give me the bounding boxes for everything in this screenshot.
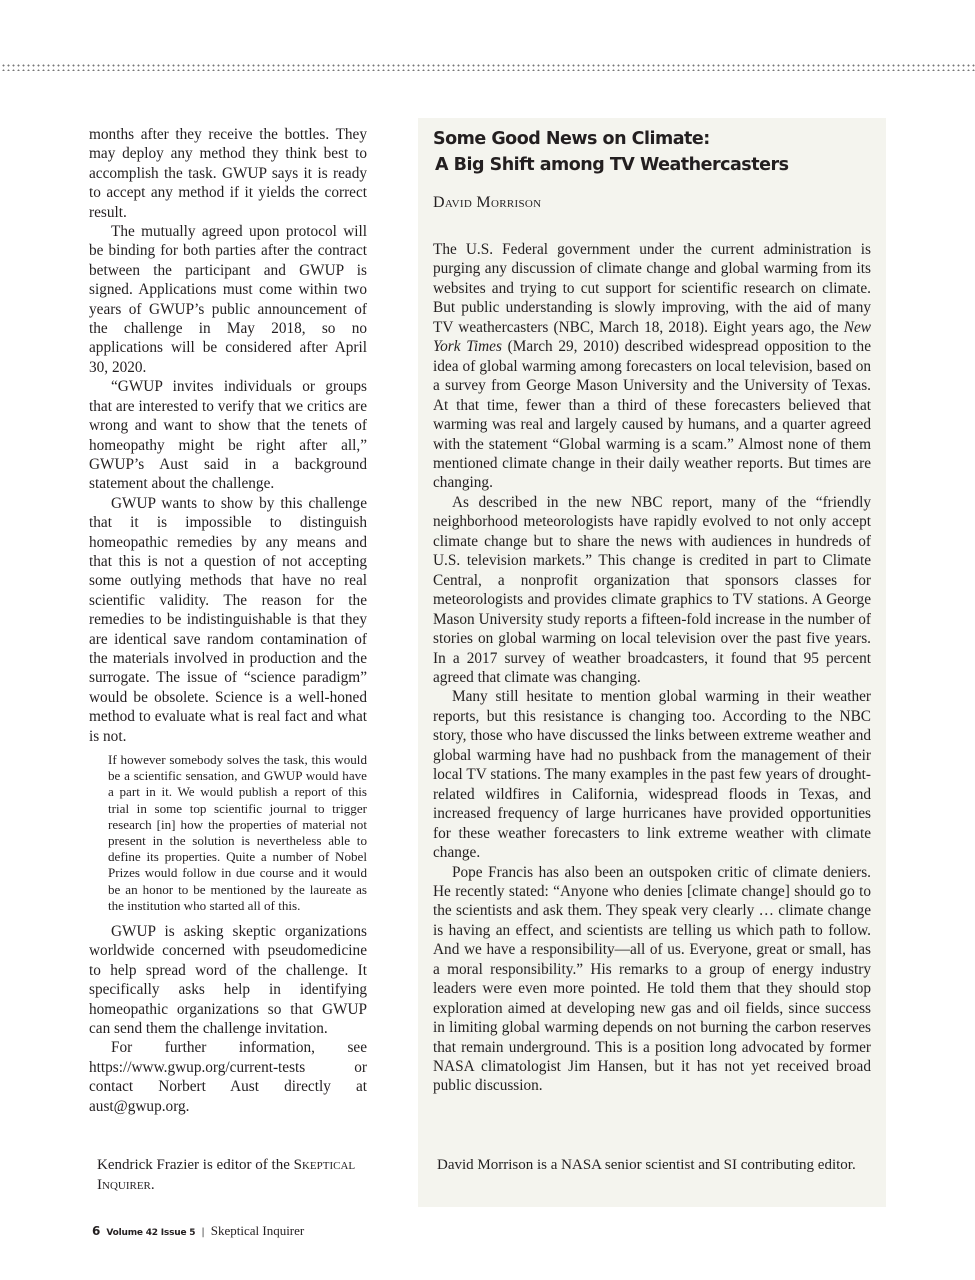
page-footer: 6 Volume 42 Issue 5 | Skeptical Inquirer [92, 1223, 304, 1241]
paragraph: Many still hesitate to mention global wa… [433, 687, 871, 862]
title-line-2: A Big Shift among TV Weathercasters [433, 152, 873, 178]
paragraph: The mutually agreed upon protocol will b… [89, 222, 367, 377]
author-bio-frazier: Kendrick Frazier is editor of the Skepti… [97, 1156, 387, 1195]
sidebar-box-climate: Some Good News on Climate: A Big Shift a… [418, 118, 886, 1207]
text-run: The U.S. Federal government under the cu… [433, 241, 871, 336]
bio-suffix: . [151, 1177, 155, 1193]
sidebar-title: Some Good News on Climate: A Big Shift a… [433, 126, 873, 178]
volume-issue: Volume 42 Issue 5 [106, 1225, 195, 1241]
left-column-article: months after they receive the bottles. T… [89, 125, 367, 1116]
title-line-1: Some Good News on Climate: [433, 129, 710, 149]
dotted-header-rule [0, 63, 975, 71]
paragraph: The U.S. Federal government under the cu… [433, 240, 871, 493]
block-quote: If however somebody solves the task, thi… [108, 752, 367, 914]
sidebar-body: The U.S. Federal government under the cu… [433, 240, 871, 1096]
paragraph: GWUP is asking skeptic organizations wor… [89, 922, 367, 1038]
page-number: 6 [92, 1223, 100, 1239]
magazine-title: Skeptical Inquirer [211, 1223, 305, 1239]
bio-text: Kendrick Frazier is editor of the [97, 1157, 294, 1173]
byline: David Morrison [433, 194, 541, 212]
paragraph: GWUP wants to show by this challenge tha… [89, 494, 367, 746]
text-run: (March 29, 2010) described widespread op… [433, 338, 871, 491]
paragraph: months after they receive the bottles. T… [89, 125, 367, 222]
paragraph: As described in the new NBC report, many… [433, 493, 871, 688]
paragraph: Pope Francis has also been an outspoken … [433, 863, 871, 1096]
author-bio-morrison: David Morrison is a NASA senior scientis… [437, 1156, 877, 1175]
paragraph: For further information, see https://www… [89, 1038, 367, 1116]
paragraph: “GWUP invites individuals or groups that… [89, 377, 367, 493]
footer-separator: | [201, 1225, 204, 1241]
